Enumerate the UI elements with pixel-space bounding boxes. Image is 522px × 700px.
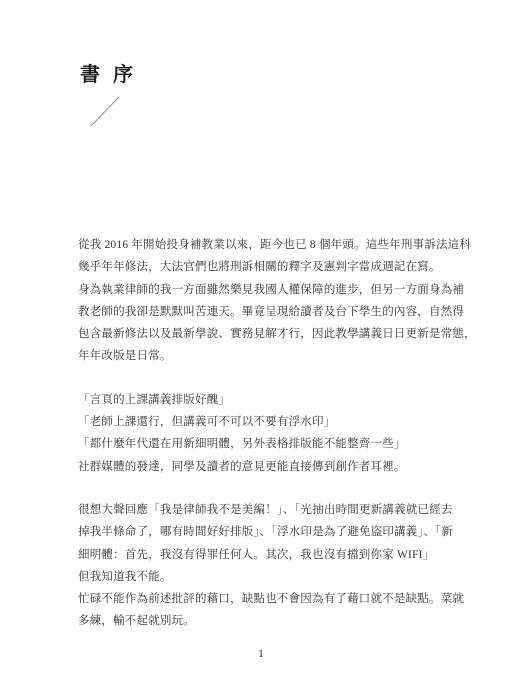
text-line: 多練，輸不起就別玩。 — [78, 610, 478, 632]
quote-line: 「言頁的上課講義排版好醜」 — [78, 389, 478, 411]
paragraph-intro: 從我 2016 年開始投身補教業以來，距今也已 8 個年頭。這些年刑事訴法這科 … — [78, 234, 478, 368]
text-line: 很想大聲回應「我是律師我不是美編！」、「光抽出時間更新講義就已經去 — [78, 499, 478, 521]
page-title: 書 序 — [80, 58, 137, 87]
text-line: 社群媒體的發達，同學及讀者的意見更能直接傳到創作者耳裡。 — [78, 456, 478, 478]
paragraph-response: 很想大聲回應「我是律師我不是美編！」、「光抽出時間更新講義就已經去 掉我半條命了… — [78, 499, 478, 633]
text-line: 細明體：首先，我沒有得罪任何人。其次，我也沒有擋到你家 WIFI」 — [78, 544, 478, 566]
text-line: 包含最新修法以及最新學說、實務見解才行，因此教學講義日日更新是常態， — [78, 323, 478, 345]
text-line: 但我知道我不能。 — [78, 566, 478, 588]
decorative-slash-line — [91, 97, 120, 126]
paragraph-quotes: 「言頁的上課講義排版好醜」 「老師上課還行，但講義可不可以不要有浮水印」 「都什… — [78, 389, 478, 478]
text-line: 身為執業律師的我一方面雖然樂見我國人權保障的進步，但另一方面身為補 — [78, 279, 478, 301]
text-line: 年年改版是日常。 — [78, 345, 478, 367]
quote-line: 「都什麼年代還在用新細明體，另外表格排版能不能整齊一些」 — [78, 433, 478, 455]
text-line: 幾乎年年修法，大法官們也將刑訴相關的釋字及憲判字當成週記在寫。 — [78, 256, 478, 278]
text-line: 教老師的我卻是默默叫苦連天。畢竟呈現給讀者及台下學生的內容，自然得 — [78, 301, 478, 323]
text-line: 忙碌不能作為前述批評的藉口，缺點也不會因為有了藉口就不是缺點。菜就 — [78, 588, 478, 610]
text-line: 掉我半條命了，哪有時間好好排版」、「浮水印是為了避免盜印講義」、「新 — [78, 521, 478, 543]
page-number: 1 — [0, 646, 522, 661]
quote-line: 「老師上課還行，但講義可不可以不要有浮水印」 — [78, 411, 478, 433]
body-text: 從我 2016 年開始投身補教業以來，距今也已 8 個年頭。這些年刑事訴法這科 … — [78, 234, 478, 633]
text-line: 從我 2016 年開始投身補教業以來，距今也已 8 個年頭。這些年刑事訴法這科 — [78, 234, 478, 256]
book-preface-page: 書 序 從我 2016 年開始投身補教業以來，距今也已 8 個年頭。這些年刑事訴… — [0, 0, 522, 700]
